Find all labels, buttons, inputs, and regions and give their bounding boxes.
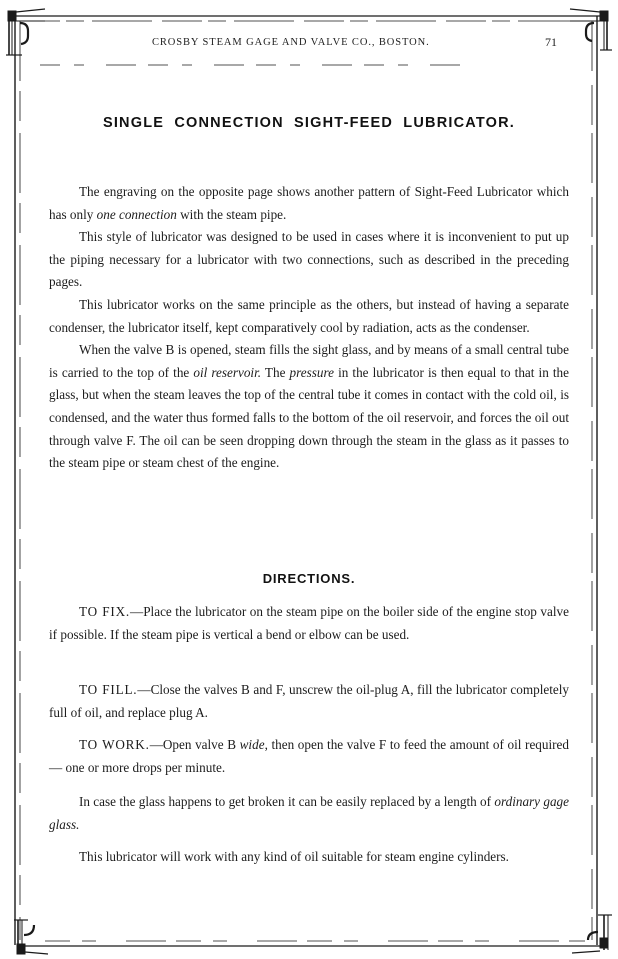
direction-fix: TO FIX.—Place the lubricator on the stea…	[49, 601, 569, 646]
directions-heading: DIRECTIONS.	[0, 571, 618, 586]
paragraph-opposite-page: The engraving on the opposite page shows…	[49, 181, 569, 226]
body-text: The engraving on the opposite page shows…	[49, 181, 569, 475]
direction-label: TO FILL.	[79, 682, 137, 697]
paragraph-style: This style of lubricator was designed to…	[49, 226, 569, 294]
direction-glass: In case the glass happens to get broken …	[49, 791, 569, 836]
direction-oil: This lubricator will work with any kind …	[49, 846, 569, 869]
direction-label: TO WORK.	[79, 737, 150, 752]
running-title: CROSBY STEAM GAGE AND VALVE CO., BOSTON.	[152, 37, 430, 48]
page-number: 71	[545, 35, 557, 50]
page-title: SINGLE CONNECTION SIGHT-FEED LUBRICATOR.	[0, 115, 618, 131]
paragraph-principle: This lubricator works on the same princi…	[49, 294, 569, 339]
direction-fill: TO FILL.—Close the valves B and F, unscr…	[49, 679, 569, 724]
paragraph-operation: When the valve B is opened, steam fills …	[49, 339, 569, 475]
running-head: CROSBY STEAM GAGE AND VALVE CO., BOSTON.…	[0, 37, 618, 53]
emphasis: one connection	[97, 207, 177, 222]
direction-label: TO FIX.	[79, 604, 130, 619]
direction-work: TO WORK.—Open valve B wide, then open th…	[49, 734, 569, 779]
